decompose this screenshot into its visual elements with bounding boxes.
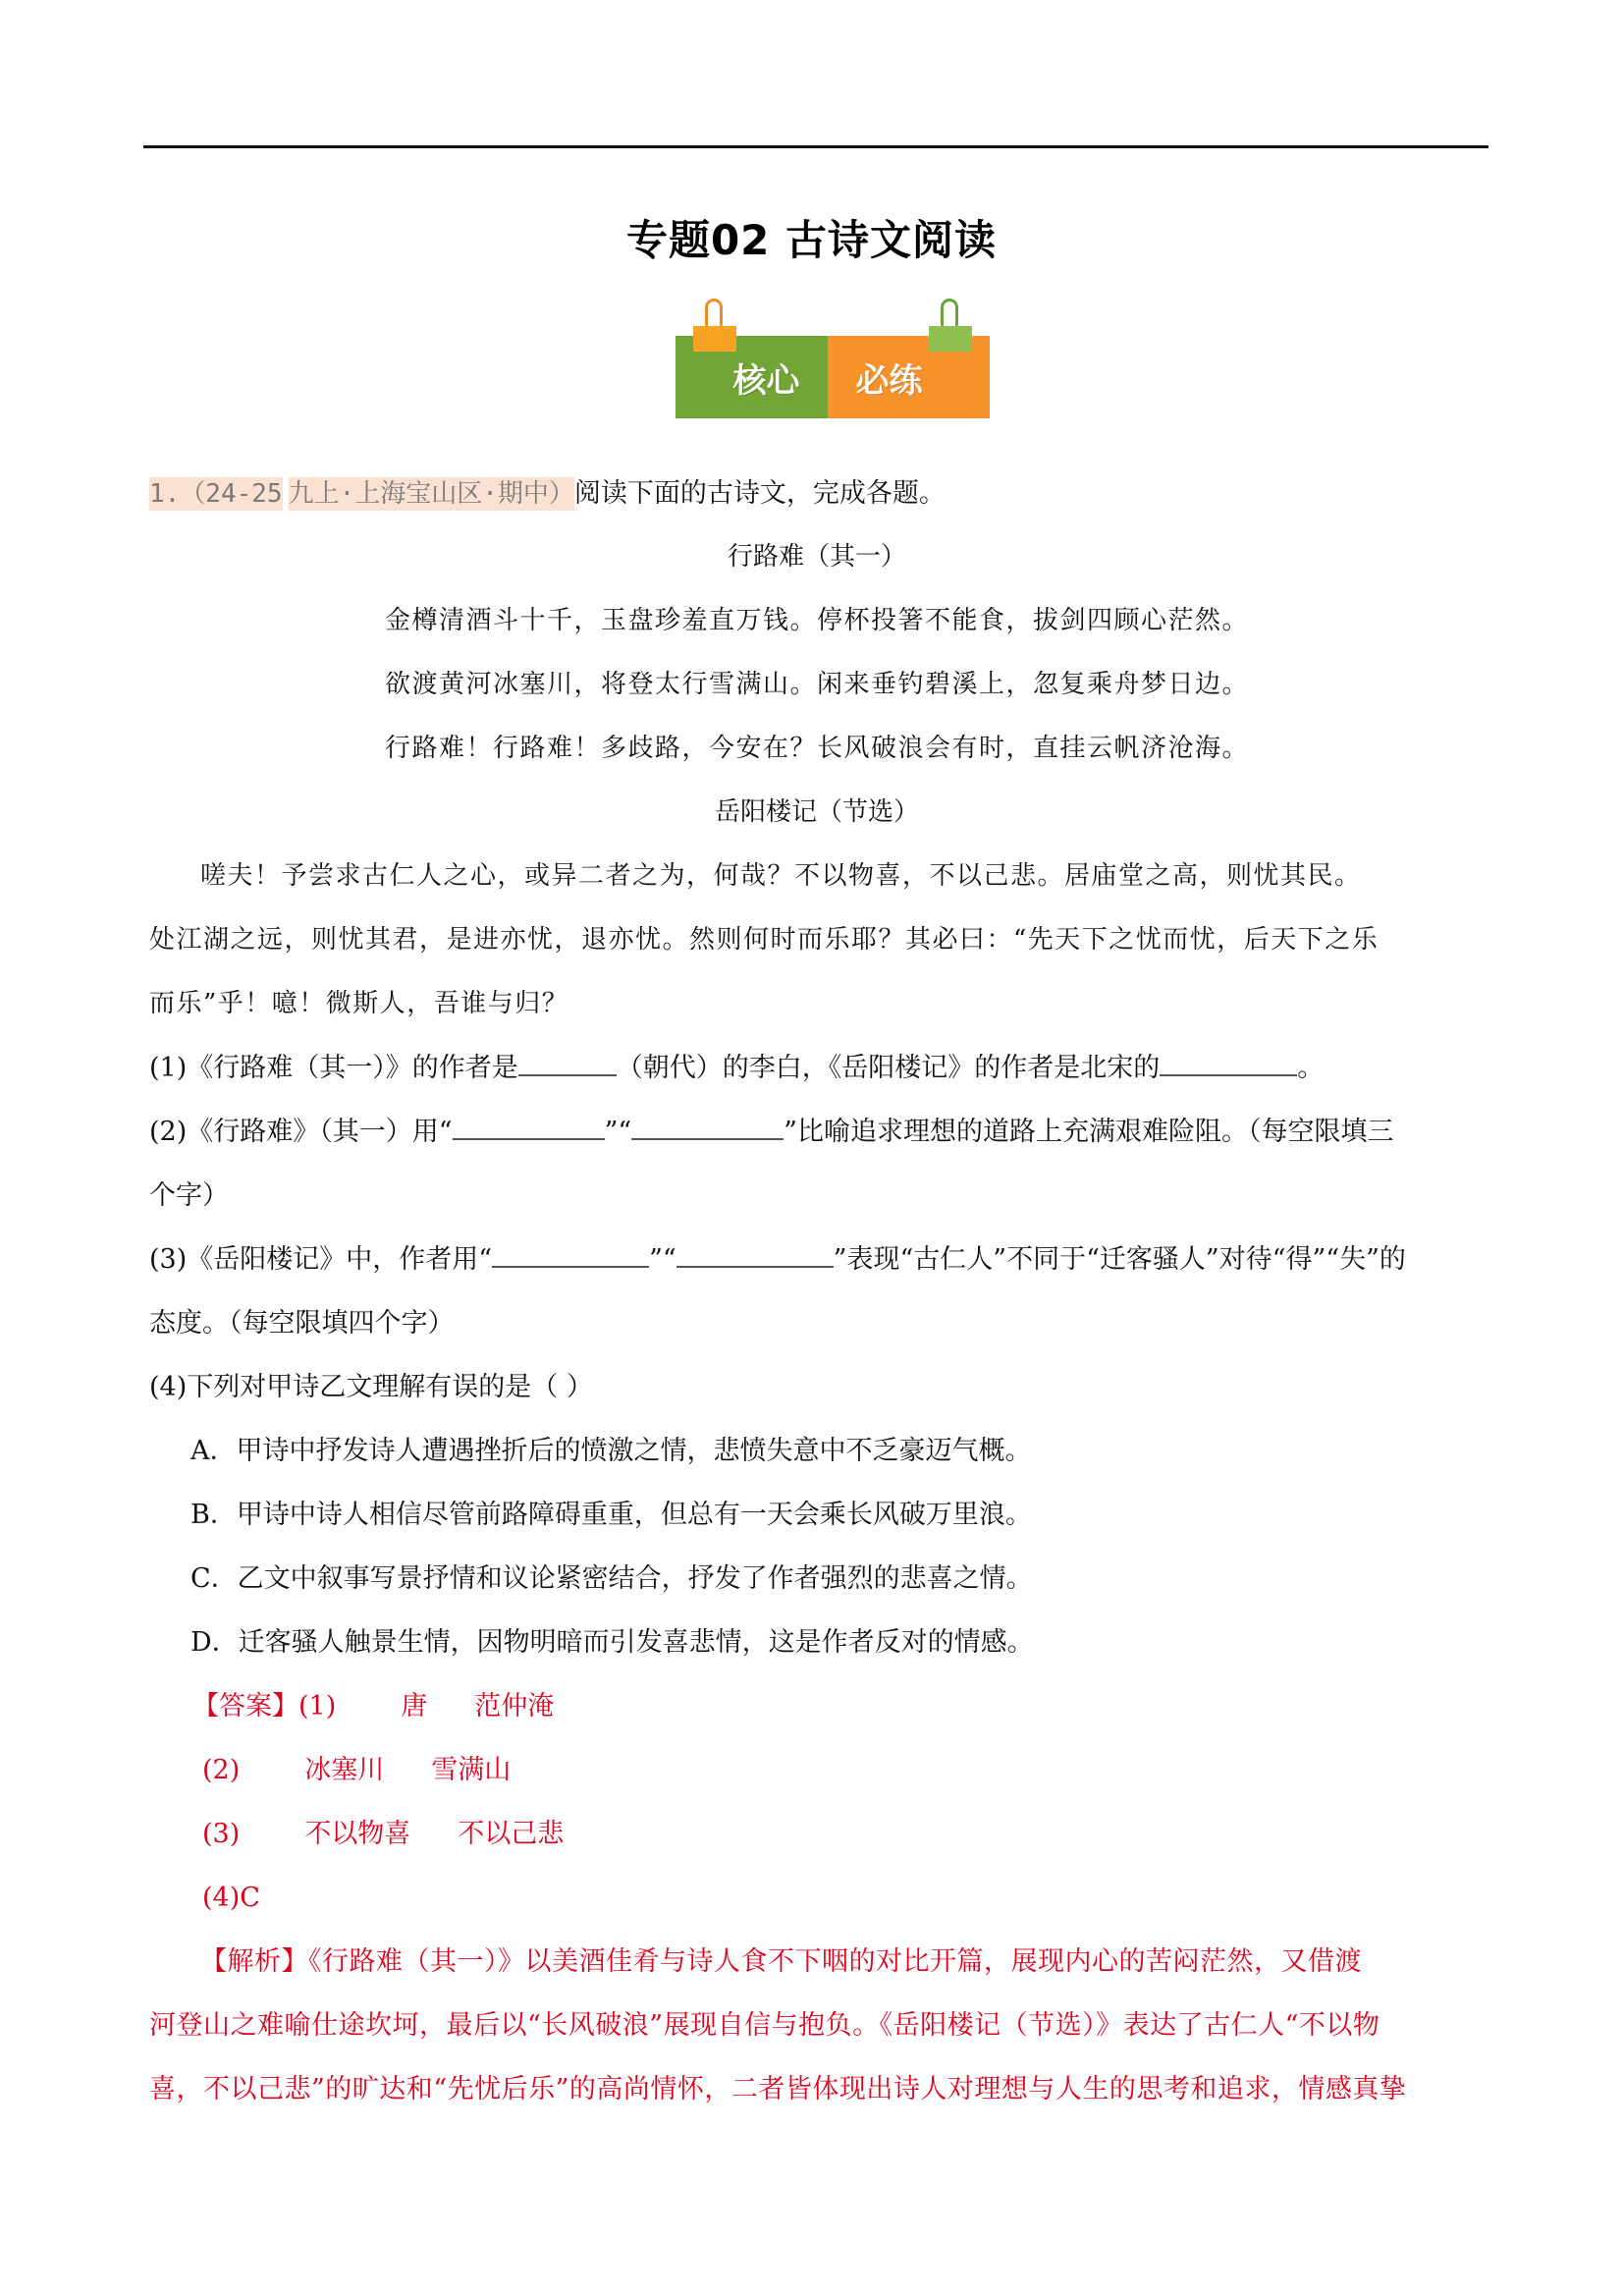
core-practice-badge: 核心 必练 xyxy=(676,336,990,418)
option-d[interactable]: D．迁客骚人触景生情，因物明暗而引发喜悲情，这是作者反对的情感。 xyxy=(149,1611,1485,1674)
answer-blank[interactable] xyxy=(676,1244,834,1268)
answer-blank[interactable] xyxy=(631,1117,784,1140)
question-number: 1.（24-25 xyxy=(149,477,283,511)
answer-blank[interactable] xyxy=(492,1244,649,1268)
sub-question-2-cont: 个字） xyxy=(149,1164,1485,1228)
answer-blank[interactable] xyxy=(453,1117,605,1140)
question-source: 九上·上海宝山区·期中） xyxy=(289,477,574,511)
sub-question-4: (4)下列对甲诗乙文理解有误的是（ ） xyxy=(149,1355,1485,1419)
poem-line: 行路难！行路难！多歧路，今安在？长风破浪会有时，直挂云帆济沧海。 xyxy=(149,717,1485,781)
answer-blank[interactable] xyxy=(1160,1053,1297,1076)
prose-line: 嗟夫！予尝求古仁人之心，或异二者之为，何哉？不以物喜，不以己悲。居庙堂之高，则忧… xyxy=(149,845,1485,908)
poem-title: 行路难（其一） xyxy=(149,525,1485,589)
option-a[interactable]: A．甲诗中抒发诗人遭遇挫折后的愤激之情，悲愤失意中不乏豪迈气概。 xyxy=(149,1419,1485,1483)
answer-row-3: (3)不以物喜不以己悲 xyxy=(149,1802,1485,1866)
analysis-line: 【解析】《行路难（其一）》以美酒佳肴与诗人食不下咽的对比开篇，展现内心的苦闷茫然… xyxy=(149,1930,1485,1994)
answer-row-4: (4)C xyxy=(149,1866,1485,1930)
header-rule xyxy=(143,145,1488,148)
option-c[interactable]: C．乙文中叙事写景抒情和议论紧密结合，抒发了作者强烈的悲喜之情。 xyxy=(149,1547,1485,1611)
sub-question-1: (1)《行路难（其一）》的作者是（朝代）的李白，《岳阳楼记》的作者是北宋的。 xyxy=(149,1036,1485,1100)
answer-row-2: (2)冰塞川雪满山 xyxy=(149,1738,1485,1802)
binder-clip-icon xyxy=(693,326,736,352)
sub-question-3-cont: 态度。（每空限填四个字） xyxy=(149,1291,1485,1355)
prose-title: 岳阳楼记（节选） xyxy=(149,781,1485,845)
option-b[interactable]: B．甲诗中诗人相信尽管前路障碍重重，但总有一天会乘长风破万里浪。 xyxy=(149,1483,1485,1547)
poem-line: 金樽清酒斗十千，玉盘珍羞直万钱。停杯投箸不能食，拔剑四顾心茫然。 xyxy=(149,589,1485,653)
question-intro: 阅读下面的古诗文，完成各题。 xyxy=(574,478,946,509)
binder-clip-icon xyxy=(929,326,972,352)
analysis-label: 【解析】 xyxy=(200,1946,308,1977)
answer-row-1: 【答案】(1)唐范仲淹 xyxy=(149,1674,1485,1738)
poem-line: 欲渡黄河冰塞川，将登太行雪满山。闲来垂钓碧溪上，忽复乘舟梦日边。 xyxy=(149,653,1485,717)
prose-line: 而乐”乎！噫！微斯人，吾谁与归？ xyxy=(149,972,1485,1036)
page-title: 专题02 古诗文阅读 xyxy=(0,208,1623,267)
analysis-line: 喜，不以己悲”的旷达和“先忧后乐”的高尚情怀，二者皆体现出诗人对理想与人生的思考… xyxy=(149,2057,1485,2121)
question-content: 1.（24-25九上·上海宝山区·期中）阅读下面的古诗文，完成各题。 行路难（其… xyxy=(149,462,1485,2121)
question-header: 1.（24-25九上·上海宝山区·期中）阅读下面的古诗文，完成各题。 xyxy=(149,462,1485,525)
answer-label: 【答案】 xyxy=(192,1691,298,1722)
sub-question-2: (2)《行路难》（其一）用“”“”比喻追求理想的道路上充满艰难险阻。（每空限填三 xyxy=(149,1100,1485,1164)
analysis-line: 河登山之难喻仕途坎坷，最后以“长风破浪”展现自信与抱负。《岳阳楼记（节选）》表达… xyxy=(149,1994,1485,2057)
sub-question-3: (3)《岳阳楼记》中，作者用“”“”表现“古仁人”不同于“迁客骚人”对待“得”“… xyxy=(149,1228,1485,1291)
prose-line: 处江湖之远，则忧其君，是进亦忧，退亦忧。然则何时而乐耶？其必曰：“先天下之忧而忧… xyxy=(149,908,1485,972)
answer-blank[interactable] xyxy=(518,1053,617,1076)
